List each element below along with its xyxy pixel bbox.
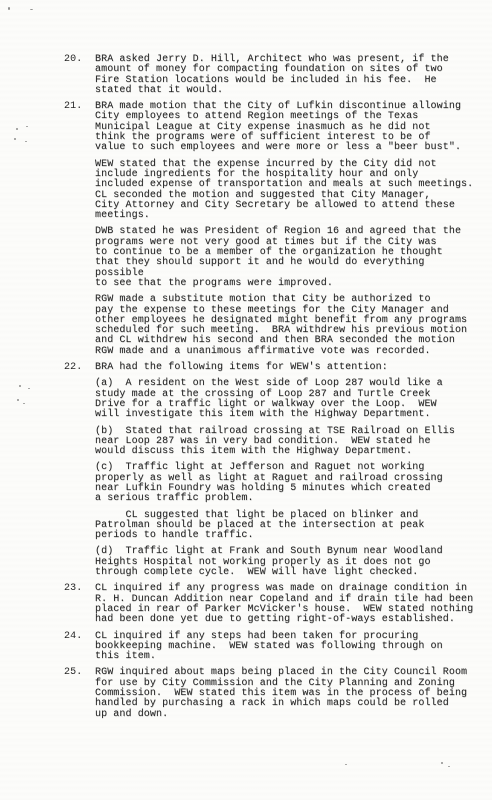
- item-subitem-a: (a) A resident on the West side of Loop …: [95, 379, 476, 420]
- scan-speckle: [448, 766, 450, 767]
- item-paragraph: BRA asked Jerry D. Hill, Architect who w…: [95, 55, 476, 96]
- minutes-content: 20. BRA asked Jerry D. Hill, Architect w…: [64, 55, 476, 726]
- item-number: 22.: [64, 363, 95, 373]
- item-subitem-b: (b) Stated that railroad crossing at TSE…: [95, 427, 476, 458]
- scan-speckle: [16, 128, 18, 130]
- scan-speckle: [25, 141, 27, 142]
- scan-speckle: [30, 9, 33, 10]
- item-paragraph: CL inquired if any progress was made on …: [95, 584, 476, 625]
- scan-speckle: [8, 7, 10, 10]
- minutes-item-24: 24. CL inquired if any steps had been ta…: [64, 632, 476, 663]
- minutes-item-25: 25. RGW inquired about maps being placed…: [64, 668, 476, 719]
- scan-speckle: [14, 138, 16, 140]
- minutes-item-20: 20. BRA asked Jerry D. Hill, Architect w…: [64, 55, 476, 96]
- item-paragraph: CL suggested that light be placed on bli…: [95, 511, 476, 542]
- item-paragraph: BRA had the following items for WEW's at…: [95, 363, 476, 373]
- item-paragraph: RGW made a substitute motion that City b…: [95, 295, 476, 357]
- item-body: CL inquired if any steps had been taken …: [95, 632, 476, 663]
- item-body: CL inquired if any progress was made on …: [95, 584, 476, 625]
- item-number: 20.: [64, 55, 95, 65]
- minutes-item-21: 21. BRA made motion that the City of Luf…: [64, 102, 476, 357]
- minutes-item-23: 23. CL inquired if any progress was made…: [64, 584, 476, 625]
- item-paragraph: BRA made motion that the City of Lufkin …: [95, 102, 476, 153]
- item-paragraph: WEW stated that the expense incurred by …: [95, 160, 476, 222]
- item-paragraph: RGW inquired about maps being placed in …: [95, 668, 476, 719]
- item-body: BRA asked Jerry D. Hill, Architect who w…: [95, 55, 476, 96]
- scan-speckle: [23, 403, 25, 404]
- item-body: RGW inquired about maps being placed in …: [95, 668, 476, 719]
- scan-speckle: [441, 762, 443, 764]
- item-number: 23.: [64, 584, 95, 594]
- item-body: BRA made motion that the City of Lufkin …: [95, 102, 476, 357]
- item-subitem-c: (c) Traffic light at Jefferson and Rague…: [95, 463, 476, 504]
- item-paragraph: DWB stated he was President of Region 16…: [95, 227, 476, 289]
- scan-speckle: [26, 126, 28, 127]
- item-body: BRA had the following items for WEW's at…: [95, 363, 476, 578]
- scan-speckle: [345, 764, 347, 765]
- item-number: 21.: [64, 102, 95, 112]
- item-number: 25.: [64, 668, 95, 678]
- minutes-item-22: 22. BRA had the following items for WEW'…: [64, 363, 476, 578]
- item-number: 24.: [64, 632, 95, 642]
- scanned-minutes-page: 20. BRA asked Jerry D. Hill, Architect w…: [0, 0, 492, 800]
- scan-speckle: [28, 388, 30, 389]
- item-paragraph: CL inquired if any steps had been taken …: [95, 632, 476, 663]
- scan-speckle: [19, 385, 21, 387]
- scan-speckle: [17, 399, 19, 401]
- item-subitem-d: (d) Traffic light at Frank and South Byn…: [95, 547, 476, 578]
